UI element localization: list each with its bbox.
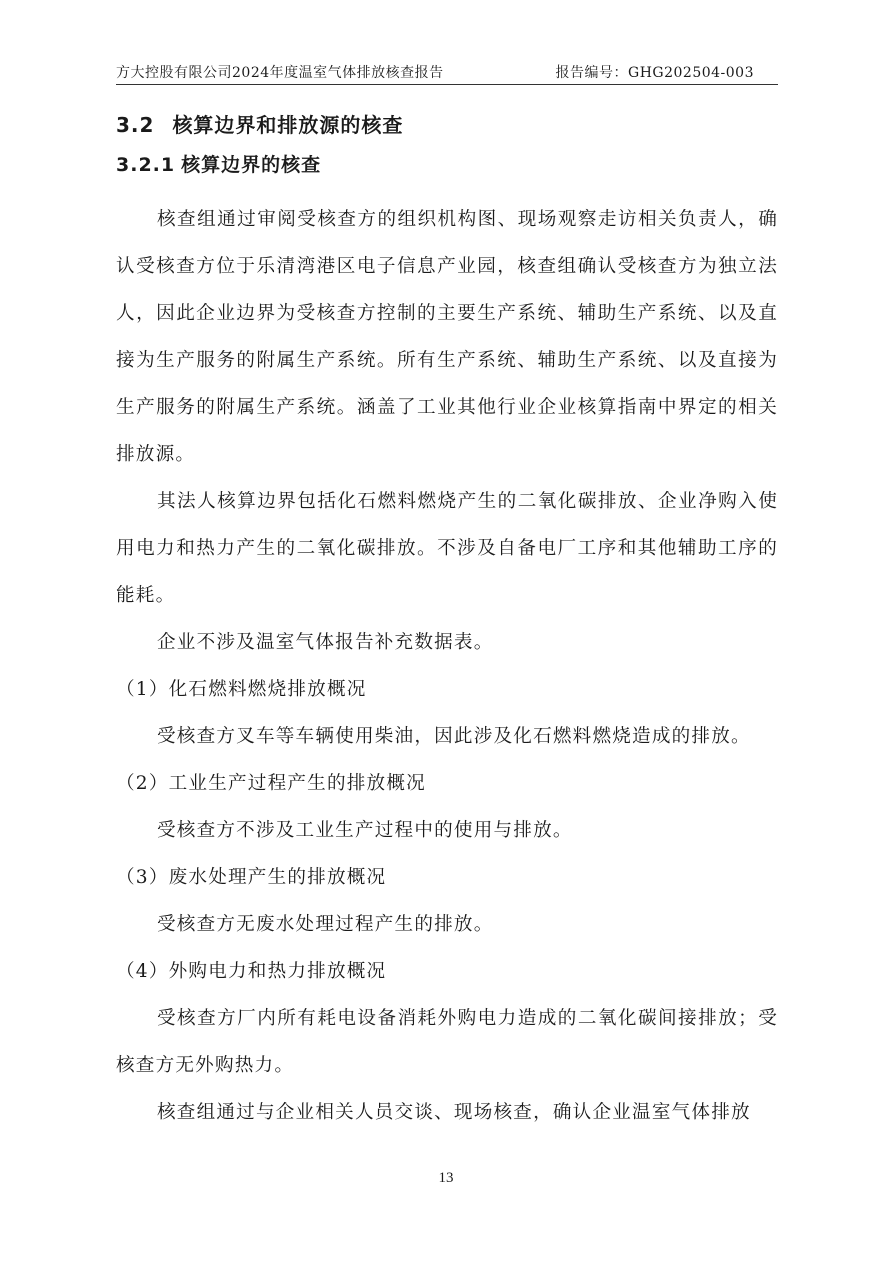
header-report-number: 报告编号：GHG202504-003	[556, 64, 778, 84]
paragraph-legal-boundary: 其法人核算边界包括化石燃料燃烧产生的二氧化碳排放、企业净购入使用电力和热力产生的…	[116, 478, 778, 619]
subsection-number: 3.2.1	[116, 154, 175, 176]
subsection-heading: 3.2.1核算边界的核查	[116, 152, 778, 196]
item-label-fossil-fuel: （1）化石燃料燃烧排放概况	[116, 666, 778, 713]
subsection-title: 核算边界的核查	[181, 154, 321, 176]
paragraph-closing: 核查组通过与企业相关人员交谈、现场核查，确认企业温室气体排放	[116, 1089, 778, 1136]
item-text-fossil-fuel: 受核查方叉车等车辆使用柴油，因此涉及化石燃料燃烧造成的排放。	[116, 713, 778, 760]
section-number: 3.2	[116, 113, 154, 137]
page-header: 方大控股有限公司2024年度温室气体排放核查报告 报告编号：GHG202504-…	[116, 64, 778, 85]
section-heading: 3.2核算边界和排放源的核查	[116, 112, 778, 152]
paragraph-supplementary-data: 企业不涉及温室气体报告补充数据表。	[116, 619, 778, 666]
item-label-industrial-process: （2）工业生产过程产生的排放概况	[116, 760, 778, 807]
item-label-wastewater: （3）废水处理产生的排放概况	[116, 854, 778, 901]
header-title: 方大控股有限公司2024年度温室气体排放核查报告	[116, 64, 444, 84]
paragraph-boundary-review: 核查组通过审阅受核查方的组织机构图、现场观察走访相关负责人，确认受核查方位于乐清…	[116, 196, 778, 478]
item-text-industrial-process: 受核查方不涉及工业生产过程中的使用与排放。	[116, 807, 778, 854]
item-label-purchased-power-heat: （4）外购电力和热力排放概况	[116, 948, 778, 995]
item-text-wastewater: 受核查方无废水处理过程产生的排放。	[116, 901, 778, 948]
section-title: 核算边界和排放源的核查	[172, 113, 403, 137]
page-number: 13	[0, 1170, 892, 1187]
page-content: 3.2核算边界和排放源的核查 3.2.1核算边界的核查 核查组通过审阅受核查方的…	[116, 112, 778, 1136]
item-text-purchased-power-heat: 受核查方厂内所有耗电设备消耗外购电力造成的二氧化碳间接排放；受核查方无外购热力。	[116, 995, 778, 1089]
